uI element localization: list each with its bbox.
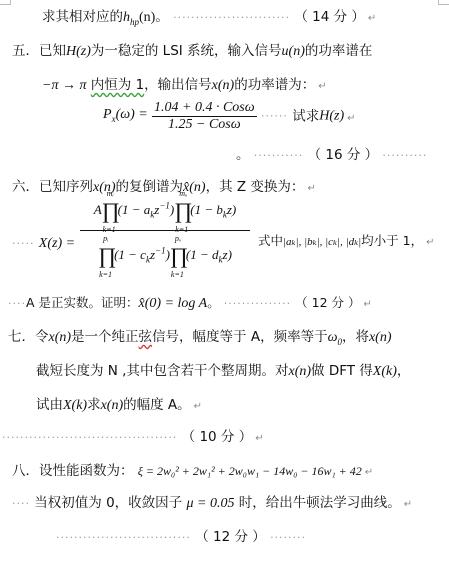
q6-text: 式中	[258, 233, 283, 248]
q5-end: 。	[236, 147, 250, 163]
q7-text: ，	[397, 363, 411, 379]
q8-number: 八．	[12, 463, 39, 479]
q5-text: 已知	[39, 43, 66, 59]
q6-numerator: A∏mᵢk=1(1 − akz−1)∏mₒk=1(1 − bkz)	[80, 190, 250, 231]
q7-text: 试由	[36, 397, 63, 413]
leader-dots: ···········	[254, 149, 303, 162]
q6-text: A 是正实数。证明：	[26, 295, 139, 310]
q7-spelling-flag: 弦	[139, 329, 153, 345]
q5-ask: 试求	[292, 109, 319, 125]
q7-text: 求	[87, 397, 101, 413]
leader-dots: ····	[12, 497, 30, 510]
q7-number: 七．	[8, 329, 35, 345]
q8-mu-expr: μ = 0.05	[186, 496, 234, 511]
q7-line1: 七．令x(n)是一个纯正弦信号，幅度等于 A，频率等于ω0，将x(n)	[8, 328, 392, 351]
paragraph-mark-icon: ↵	[365, 467, 373, 478]
q6-fraction: A∏mᵢk=1(1 − akz−1)∏mₒk=1(1 − bkz) ∏pᵢk=1…	[80, 190, 250, 269]
paragraph-mark-icon: ↵	[426, 237, 434, 248]
q6-condition: 式中|aₖ|, |bₖ|, |cₖ|, |dₖ|均小于 1，↵	[258, 232, 434, 252]
q7-text: 截短长度为 N ,其中包含若干个整周期。对	[36, 363, 288, 379]
paragraph-mark-icon: ↵	[255, 433, 263, 444]
leader-dots: ···············	[224, 297, 291, 310]
q7-line3: 试由X(k)求x(n)的幅度 A。↵	[36, 396, 202, 416]
paragraph-mark-icon: ↵	[363, 299, 371, 310]
q8-line1: 八．设性能函数为： ξ = 2w₀² + 2w₁² + 2w₀w₁ − 14w₀…	[12, 462, 373, 482]
q6-end: 。	[207, 295, 220, 310]
leader-dots: ··························	[173, 11, 290, 24]
page-corner-mark-left	[0, 0, 11, 5]
q6-denominator: ∏pᵢk=1(1 − ckz−1)∏pₒk=1(1 − dkz)	[80, 231, 250, 269]
q5-text: 为一稳定的 LSI 系统，输入信号	[91, 43, 282, 59]
q5-line1: 五．已知H(z)为一稳定的 LSI 系统，输入信号u(n)的功率谱在	[12, 42, 372, 61]
leader-dots: ··········	[382, 149, 427, 162]
q5-H-symbol: H(z)	[66, 44, 91, 59]
paragraph-mark-icon: ↵	[368, 13, 376, 24]
q8-text: 时，给出牛顿法学习曲线。	[239, 495, 401, 511]
page-corner-mark-right	[438, 0, 449, 5]
q6-number: 六．	[12, 179, 39, 195]
q4-end: 。	[155, 9, 169, 25]
q7-text: 做 DFT 得	[311, 363, 373, 379]
q5-denominator: 1.25 − Cosω	[152, 117, 257, 133]
q5-number: 五．	[12, 43, 39, 59]
leader-dots: ·······································	[2, 431, 177, 444]
q5-numerator: 1.04 + 0.4 · Cosω	[152, 100, 257, 117]
q8-text: 当权初值为 0，收敛因子	[34, 495, 182, 511]
q8-score: （ 12 分 ）	[195, 529, 266, 545]
q5-grammar-flag: 内恒为 1	[91, 77, 144, 93]
q7-score-line: ······································· …	[2, 428, 264, 448]
q5-u-symbol: u(n)	[282, 44, 305, 59]
q8-score-line: ······························ （ 12 分 ） …	[56, 528, 306, 547]
paragraph-mark-icon: ↵	[318, 81, 326, 92]
q5-score: （ 16 分 ）	[308, 147, 379, 163]
q5-fraction: 1.04 + 0.4 · Cosω 1.25 − Cosω	[152, 100, 257, 133]
paragraph-mark-icon: ↵	[194, 401, 202, 412]
q8-line2: ···· 当权初值为 0，收敛因子 μ = 0.05 时，给出牛顿法学习曲线。↵	[12, 494, 412, 514]
q7-x-symbol: x(n)	[49, 330, 72, 345]
q7-text: ，将	[342, 329, 369, 345]
q5-text: 的功率谱为：	[234, 77, 315, 93]
q6-score: （ 12 分 ）	[295, 295, 360, 310]
q6-formula-lhs: ····· X(z) =	[12, 234, 75, 253]
q7-x-symbol: x(n)	[288, 364, 311, 379]
q5-formula-lhs: Px(ω) =	[103, 107, 148, 122]
q4-text: 求其相对应的	[42, 9, 123, 25]
leader-dots: ········	[270, 531, 306, 544]
q5-line2: −π → π 内恒为 1，输出信号x(n)的功率谱为：↵	[42, 76, 327, 96]
leader-dots: ····	[8, 297, 26, 310]
q7-x-symbol: x(n)	[369, 330, 392, 345]
paragraph-mark-icon: ↵	[404, 499, 412, 510]
q4-tail-line: 求其相对应的hhp(n)。 ··························…	[42, 8, 376, 31]
leader-dots: ······	[261, 110, 288, 123]
paragraph-mark-icon: ↵	[307, 183, 315, 194]
q6-X-lhs: X(z) =	[39, 236, 75, 251]
leader-dots: ·····	[12, 237, 34, 250]
q6-proof-expr: x̂(0) = log A	[139, 296, 208, 311]
q7-text: 信号，幅度等于 A，频率等于	[152, 329, 328, 345]
q6-text: 均小于 1，	[361, 233, 423, 248]
q7-line2: 截短长度为 N ,其中包含若干个整周期。对x(n)做 DFT 得X(k)，	[36, 362, 410, 381]
q7-omega-symbol: ω0	[328, 330, 342, 345]
q6-line3: ····A 是正实数。证明：x̂(0) = log A。 ···········…	[8, 294, 372, 314]
q7-text: 的幅度 A。	[123, 397, 191, 413]
q5-score-line: 。 ··········· （ 16 分 ） ··········	[236, 146, 427, 165]
q4-h-symbol: hhp(n)	[123, 10, 155, 25]
q4-score: （ 14 分 ）	[294, 9, 365, 25]
q7-text: 令	[35, 329, 49, 345]
q5-range: −π → π	[42, 78, 86, 93]
q7-x-symbol: x(n)	[101, 398, 124, 413]
q5-x-symbol: x(n)	[212, 78, 235, 93]
q5-text: 的功率谱在	[305, 43, 373, 59]
q5-formula: Px(ω) = 1.04 + 0.4 · Cosω 1.25 − Cosω ··…	[103, 100, 356, 133]
q8-performance-function: ξ = 2w₀² + 2w₁² + 2w₀w₁ − 14w₀ − 16w₁ + …	[138, 464, 362, 478]
q7-Xk-symbol: X(k)	[63, 398, 87, 413]
q7-score: （ 10 分 ）	[182, 429, 253, 445]
q7-Xk-symbol: X(k)	[373, 364, 397, 379]
q7-text: 是一个纯正	[71, 329, 139, 345]
leader-dots: ······························	[56, 531, 191, 544]
q6-condition-vars: |aₖ|, |bₖ|, |cₖ|, |dₖ|	[283, 236, 361, 248]
q5-text: ，输出信号	[144, 77, 212, 93]
paragraph-mark-icon: ↵	[347, 113, 355, 124]
q5-H-symbol: H(z)	[319, 109, 344, 124]
q8-text: 设性能函数为：	[39, 463, 134, 479]
